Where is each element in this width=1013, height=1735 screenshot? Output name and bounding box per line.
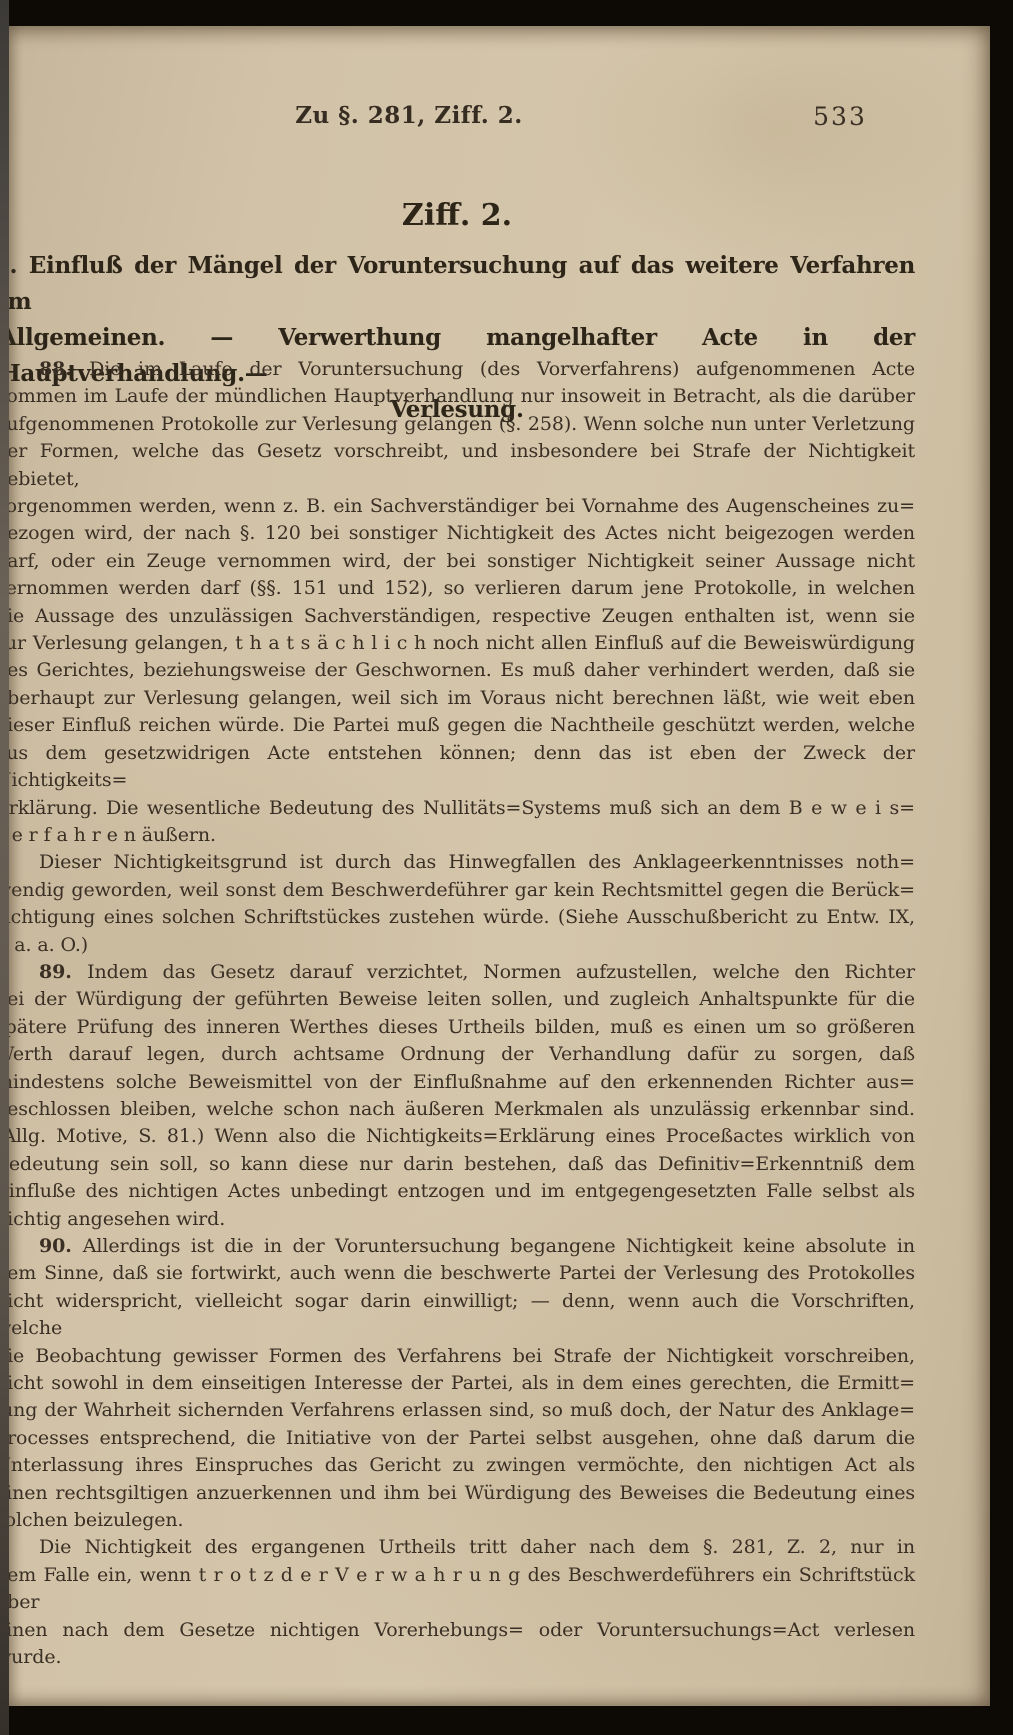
text-line: vernommen werden darf (§§. 151 und 152),… [9,575,915,602]
text-line: nicht widerspricht, vielleicht sogar dar… [9,1288,915,1343]
text-line: darf, oder ein Zeuge vernommen wird, der… [9,548,915,575]
text-line: bei der Würdigung der geführten Beweise … [9,986,915,1013]
text-line: Bedeutung sein soll, so kann diese nur d… [9,1151,915,1178]
text-line: einen rechtsgiltigen anzuerkennen und ih… [9,1480,915,1507]
text-line: geschlossen bleiben, welche schon nach ä… [9,1096,915,1123]
text-line: lung der Wahrheit sichernden Verfahrens … [9,1397,915,1424]
text-line: 88. Die im Laufe der Voruntersuchung (de… [9,356,915,383]
text-line: aufgenommenen Protokolle zur Verlesung g… [9,411,915,438]
text-line: solchen beizulegen. [9,1507,915,1534]
text-line: (Allg. Motive, S. 81.) Wenn also die Nic… [9,1123,915,1150]
text-line: 89. Indem das Gesetz darauf verzichtet, … [9,959,915,986]
text-line: Unterlassung ihres Einspruches das Geric… [9,1452,915,1479]
text-line: der Formen, welche das Gesetz vorschreib… [9,438,915,493]
text-line: nicht sowohl in dem einseitigen Interess… [9,1370,915,1397]
text-line: Die Nichtigkeit des ergangenen Urtheils … [9,1534,915,1561]
section-heading: Ziff. 2. [9,198,915,233]
text-line: dieser Einfluß reichen würde. Die Partei… [9,712,915,739]
book-page-scan: Zu §. 281, Ziff. 2. 533 Ziff. 2. I. Einf… [9,26,990,1706]
text-line: vorgenommen werden, wenn z. B. ein Sachv… [9,493,915,520]
text-line: einen nach dem Gesetze nichtigen Vorerhe… [9,1617,915,1644]
text-line: wurde. [9,1644,915,1671]
text-line: überhaupt zur Verlesung gelangen, weil s… [9,685,915,712]
paragraph-90: 90. Allerdings ist die in der Voruntersu… [9,1233,915,1534]
running-header: Zu §. 281, Ziff. 2. [239,102,579,129]
paragraph: Dieser Nichtigkeitsgrund ist durch das H… [9,849,915,959]
text-line: dem Falle ein, wenn t r o t z d e r V e … [9,1562,915,1617]
body-text: 88. Die im Laufe der Voruntersuchung (de… [9,356,915,1672]
text-line: kommen im Laufe der mündlichen Hauptverh… [9,383,915,410]
text-line: processes entsprechend, die Initiative v… [9,1425,915,1452]
text-line: nichtig angesehen wird. [9,1206,915,1233]
paragraph-number: 88. [39,358,89,380]
title-line: I. Einfluß der Mängel der Voruntersuchun… [9,248,915,320]
paragraph-number: 90. [39,1235,83,1257]
text-line: dem Sinne, daß sie fortwirkt, auch wenn … [9,1260,915,1287]
text-line: wendig geworden, weil sonst dem Beschwer… [9,877,915,904]
text-line: Erklärung. Die wesentliche Bedeutung des… [9,795,915,822]
text-line: gezogen wird, der nach §. 120 bei sonsti… [9,520,915,547]
text-line: Einfluße des nichtigen Actes unbedingt e… [9,1178,915,1205]
text-line: des Gerichtes, beziehungsweise der Gesch… [9,657,915,684]
page-number: 533 [795,102,885,131]
text-line: I, a. a. O.) [9,932,915,959]
text-line: aus dem gesetzwidrigen Acte entstehen kö… [9,740,915,795]
scan-gutter-strip [0,0,9,1735]
paragraph-88: 88. Die im Laufe der Voruntersuchung (de… [9,356,915,849]
paragraph-89: 89. Indem das Gesetz darauf verzichtet, … [9,959,915,1233]
text-line: 90. Allerdings ist die in der Voruntersu… [9,1233,915,1260]
text-line: sichtigung eines solchen Schriftstückes … [9,904,915,931]
text-line: spätere Prüfung des inneren Werthes dies… [9,1014,915,1041]
text-line: Werth darauf legen, durch achtsame Ordnu… [9,1041,915,1068]
paragraph: Die Nichtigkeit des ergangenen Urtheils … [9,1534,915,1671]
text-line: v e r f a h r e n äußern. [9,822,915,849]
paragraph-number: 89. [39,961,87,983]
text-line: zur Verlesung gelangen, t h a t s ä c h … [9,630,915,657]
text-line: mindestens solche Beweismittel von der E… [9,1069,915,1096]
text-line: Dieser Nichtigkeitsgrund ist durch das H… [9,849,915,876]
text-line: die Beobachtung gewisser Formen des Verf… [9,1343,915,1370]
text-line: die Aussage des unzulässigen Sachverstän… [9,603,915,630]
